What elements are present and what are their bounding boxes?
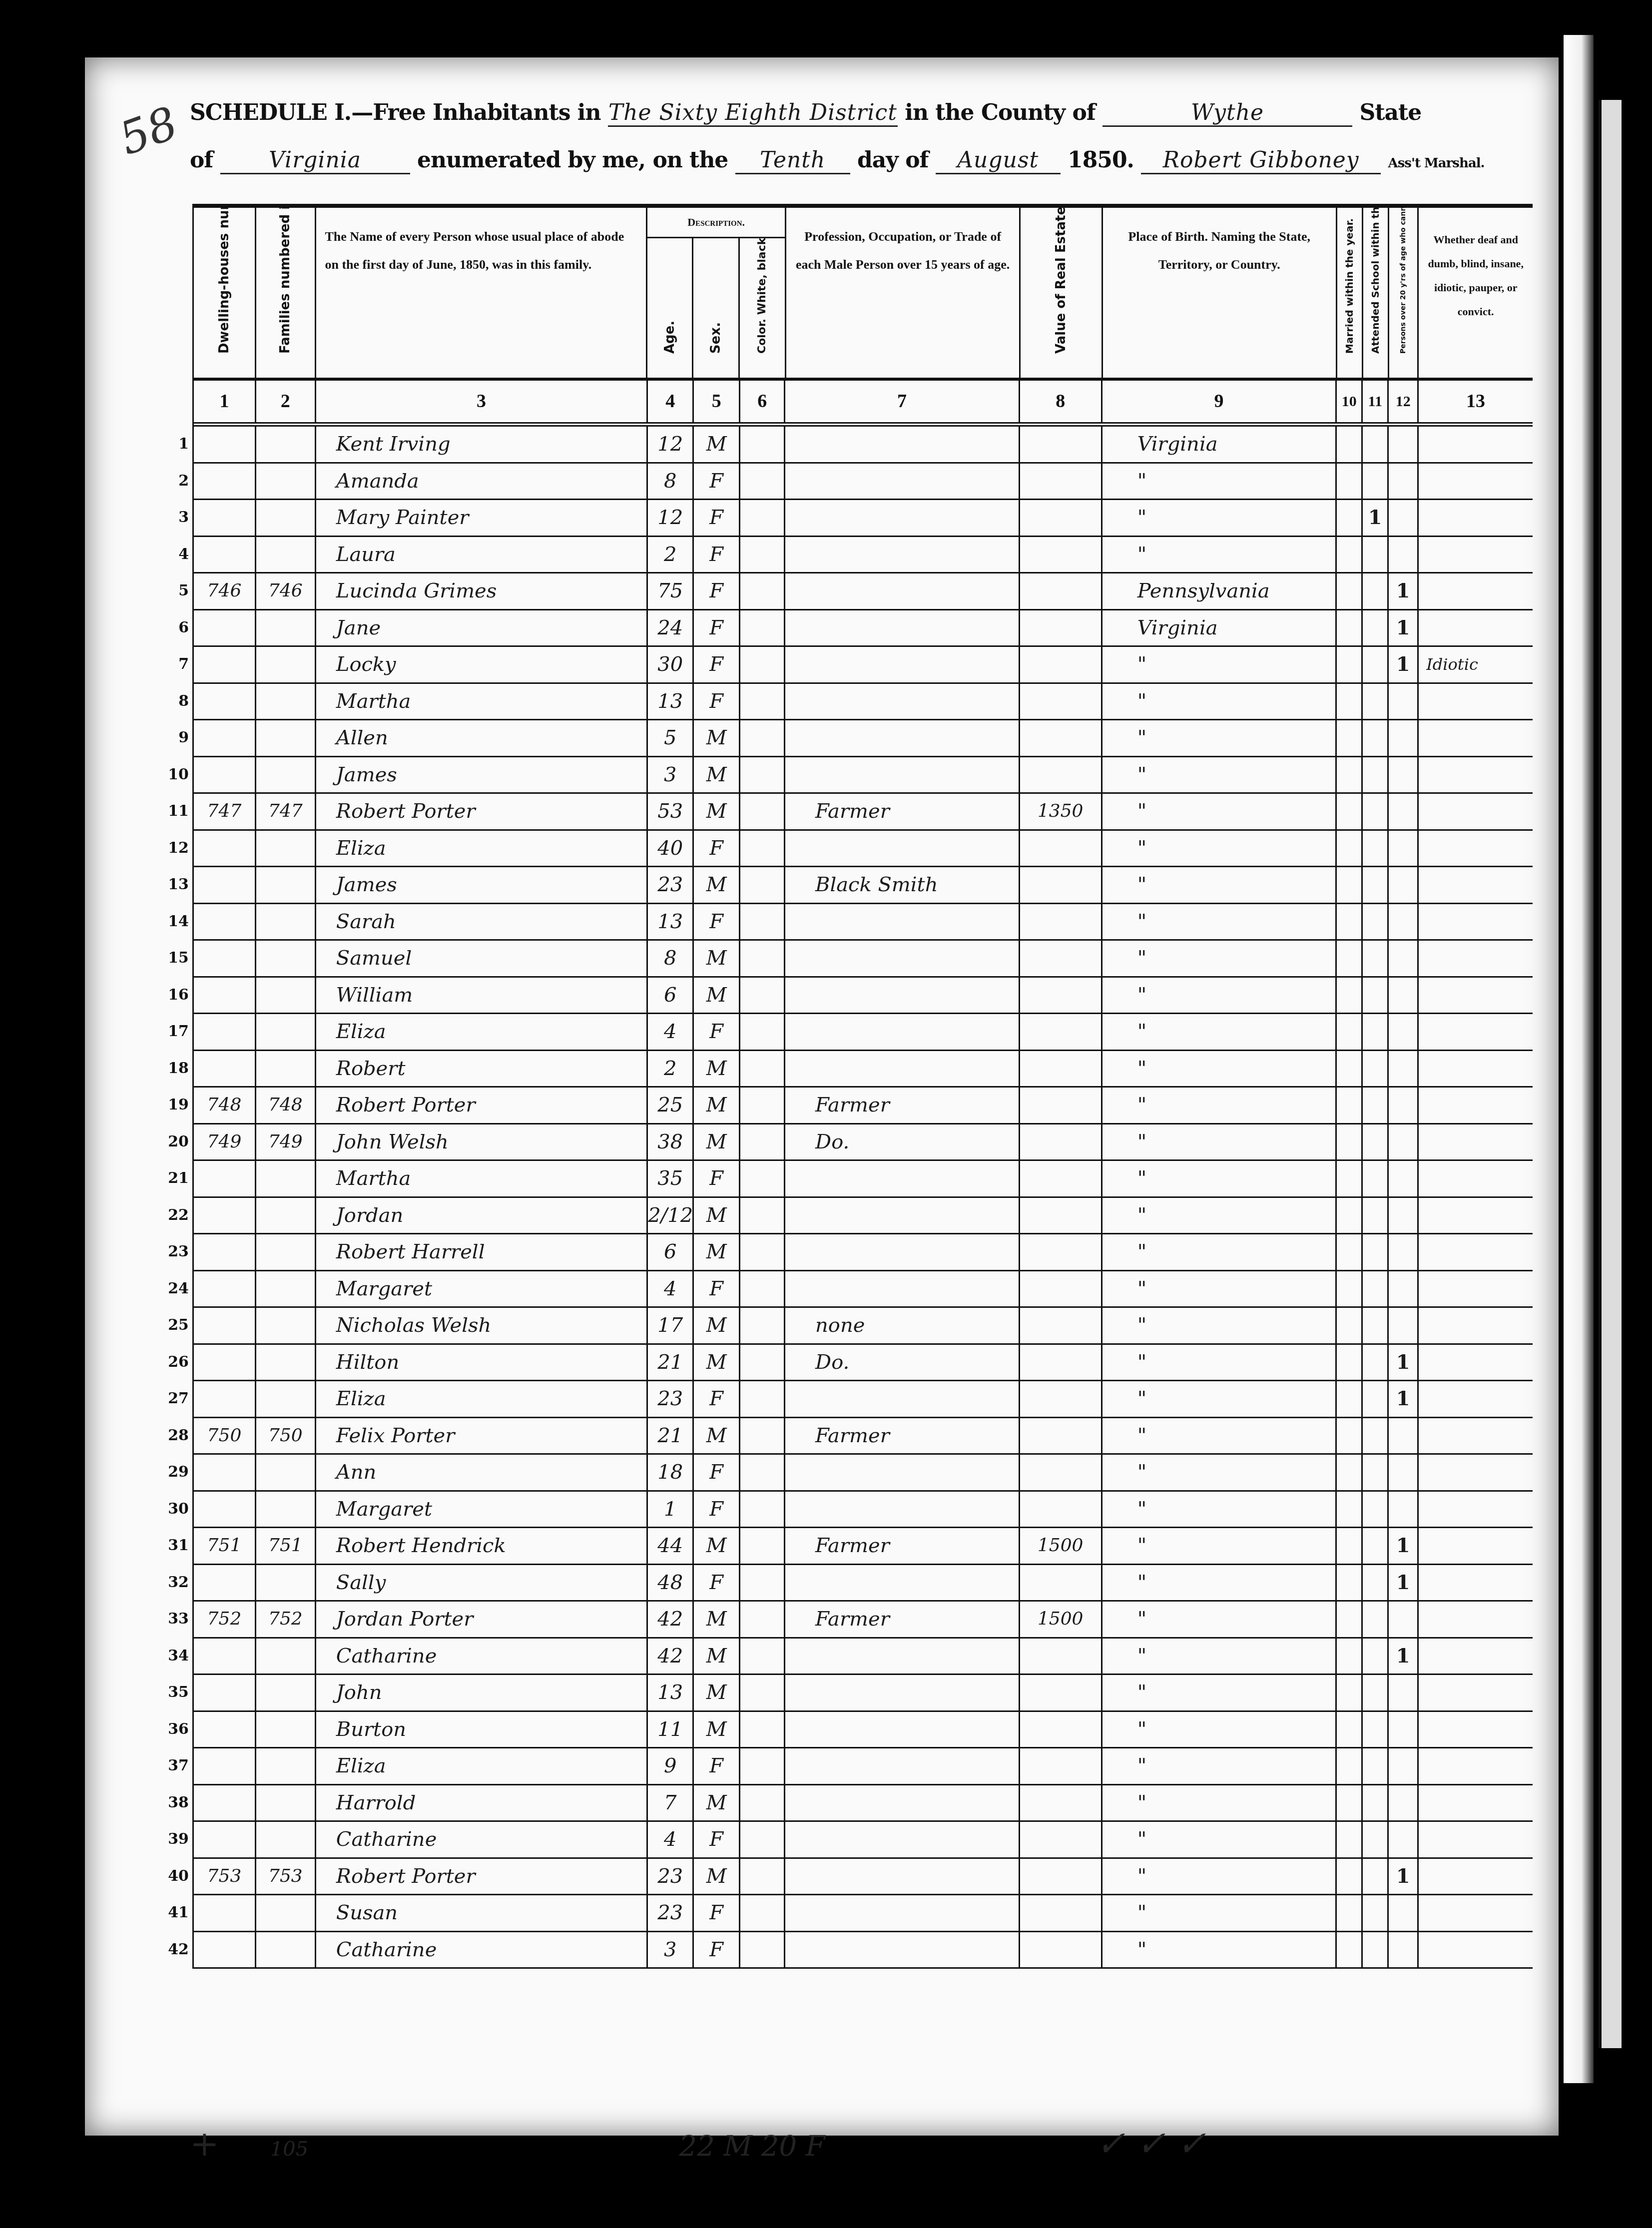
age-cell: 48 — [648, 1565, 694, 1601]
person-name-cell: Catharine — [316, 1932, 648, 1968]
married-within-year-cell — [1337, 1234, 1363, 1270]
married-within-year-cell — [1337, 1565, 1363, 1601]
condition-cell — [1419, 1712, 1533, 1747]
person-name-cell: Ann — [316, 1455, 648, 1490]
occupation-cell — [785, 1271, 1020, 1307]
family-number-cell — [256, 831, 316, 866]
line-number: 5 — [164, 573, 189, 608]
family-number-cell: 749 — [256, 1124, 316, 1160]
birthplace-cell: " — [1102, 1932, 1337, 1968]
family-number-cell — [256, 941, 316, 976]
family-number-cell: 746 — [256, 573, 316, 609]
birthplace-cell: " — [1102, 1492, 1337, 1527]
dwelling-number-cell: 751 — [194, 1528, 256, 1564]
person-name-cell: James — [316, 757, 648, 793]
attended-school-cell — [1363, 1161, 1389, 1196]
family-number-cell — [256, 1748, 316, 1784]
real-estate-value-cell — [1020, 1271, 1102, 1307]
col-num-7: 7 — [785, 381, 1020, 422]
occupation-cell — [785, 757, 1020, 793]
footer-checkmarks: ✓ ✓ ✓ — [1096, 2123, 1206, 2164]
person-name-cell: William — [316, 978, 648, 1013]
color-cell — [740, 1895, 785, 1931]
cannot-read-write-cell — [1389, 1602, 1419, 1637]
birthplace-cell: " — [1102, 647, 1337, 682]
family-number-cell — [256, 684, 316, 719]
color-cell — [740, 1859, 785, 1894]
occupation-cell: Farmer — [785, 794, 1020, 829]
condition-cell — [1419, 1124, 1533, 1160]
married-within-year-cell — [1337, 757, 1363, 793]
condition-cell — [1419, 1234, 1533, 1270]
birthplace-cell: " — [1102, 1455, 1337, 1490]
attended-school-cell — [1363, 1528, 1389, 1564]
sex-cell: M — [694, 978, 740, 1013]
sex-cell: F — [694, 904, 740, 940]
col-num-6: 6 — [740, 381, 785, 422]
cannot-read-write-cell: 1 — [1389, 1565, 1419, 1601]
color-cell — [740, 537, 785, 572]
birthplace-cell: " — [1102, 1161, 1337, 1196]
line-number: 33 — [164, 1602, 189, 1637]
sex-cell: M — [694, 867, 740, 903]
person-name-cell: Lucinda Grimes — [316, 573, 648, 609]
attended-school-cell — [1363, 757, 1389, 793]
dwelling-number-cell — [194, 1161, 256, 1196]
sex-cell: M — [694, 1639, 740, 1674]
person-name-cell: Eliza — [316, 1748, 648, 1784]
condition-cell — [1419, 1051, 1533, 1087]
married-within-year-cell — [1337, 1455, 1363, 1490]
real-estate-value-cell — [1020, 1895, 1102, 1931]
attended-school-cell — [1363, 1712, 1389, 1747]
attended-school-cell — [1363, 464, 1389, 499]
dwelling-number-cell — [194, 978, 256, 1013]
sex-cell: M — [694, 1528, 740, 1564]
attended-school-cell — [1363, 684, 1389, 719]
table-row: 33752752Jordan Porter42MFarmer1500" — [194, 1602, 1533, 1639]
married-within-year-cell — [1337, 427, 1363, 462]
age-cell: 4 — [648, 1271, 694, 1307]
birthplace-cell: " — [1102, 1859, 1337, 1894]
cannot-read-write-cell: 1 — [1389, 610, 1419, 646]
table-row: 18Robert2M" — [194, 1051, 1533, 1088]
age-cell: 8 — [648, 464, 694, 499]
dwelling-number-cell — [194, 1271, 256, 1307]
condition-cell — [1419, 1345, 1533, 1380]
line-number: 3 — [164, 500, 189, 535]
person-name-cell: Robert Hendrick — [316, 1528, 648, 1564]
table-row: 27Eliza23F"1 — [194, 1381, 1533, 1418]
cannot-read-write-cell — [1389, 867, 1419, 903]
married-within-year-cell — [1337, 941, 1363, 976]
color-cell — [740, 573, 785, 609]
person-name-cell: Susan — [316, 1895, 648, 1931]
birthplace-cell: " — [1102, 1124, 1337, 1160]
married-within-year-cell — [1337, 1014, 1363, 1050]
condition-cell — [1419, 1014, 1533, 1050]
county-field: Wythe — [1102, 100, 1352, 127]
cannot-read-write-cell — [1389, 1822, 1419, 1857]
cannot-read-write-cell — [1389, 1308, 1419, 1343]
table-row: 42Catharine3F" — [194, 1932, 1533, 1969]
family-number-cell — [256, 1051, 316, 1087]
attended-school-cell: 1 — [1363, 500, 1389, 536]
person-name-cell: Robert Harrell — [316, 1234, 648, 1270]
birthplace-cell: " — [1102, 1234, 1337, 1270]
line-number: 40 — [164, 1859, 189, 1894]
condition-cell — [1419, 573, 1533, 609]
color-cell — [740, 1932, 785, 1968]
color-cell — [740, 1712, 785, 1747]
state-label: State — [1359, 100, 1421, 125]
condition-cell — [1419, 941, 1533, 976]
condition-cell — [1419, 1088, 1533, 1123]
real-estate-value-cell — [1020, 1822, 1102, 1857]
dwelling-number-cell — [194, 1455, 256, 1490]
real-estate-value-cell — [1020, 1859, 1102, 1894]
occupation-cell: none — [785, 1308, 1020, 1343]
condition-cell — [1419, 1895, 1533, 1931]
person-name-cell: Laura — [316, 537, 648, 572]
attended-school-cell — [1363, 427, 1389, 462]
occupation-cell — [785, 1895, 1020, 1931]
occupation-cell — [785, 500, 1020, 536]
birthplace-cell: " — [1102, 1271, 1337, 1307]
real-estate-value-cell — [1020, 978, 1102, 1013]
condition-cell — [1419, 500, 1533, 536]
condition-cell — [1419, 904, 1533, 940]
header-family: Families numbered in the order of visita… — [256, 208, 316, 378]
married-within-year-cell — [1337, 610, 1363, 646]
birthplace-cell: " — [1102, 464, 1337, 499]
line-number: 13 — [164, 867, 189, 902]
cannot-read-write-cell — [1389, 1675, 1419, 1710]
age-cell: 23 — [648, 1895, 694, 1931]
married-within-year-cell — [1337, 1932, 1363, 1968]
line-number: 4 — [164, 537, 189, 572]
birthplace-cell: " — [1102, 904, 1337, 940]
col-num-13: 13 — [1419, 381, 1533, 422]
table-row: 7Locky30F"1Idiotic — [194, 647, 1533, 684]
family-number-cell — [256, 647, 316, 682]
person-name-cell: Martha — [316, 684, 648, 719]
family-number-cell — [256, 978, 316, 1013]
real-estate-value-cell — [1020, 1308, 1102, 1343]
color-cell — [740, 1492, 785, 1527]
table-row: 8Martha13F" — [194, 684, 1533, 721]
occupation-cell: Black Smith — [785, 867, 1020, 903]
table-row: 40753753Robert Porter23M"1 — [194, 1859, 1533, 1896]
real-estate-value-cell — [1020, 647, 1102, 682]
district-field: The Sixty Eighth District — [608, 100, 898, 127]
person-name-cell: Locky — [316, 647, 648, 682]
sex-cell: F — [694, 1381, 740, 1417]
married-within-year-cell — [1337, 573, 1363, 609]
sex-cell: M — [694, 941, 740, 976]
occupation-cell — [785, 1932, 1020, 1968]
family-number-cell — [256, 1565, 316, 1601]
married-within-year-cell — [1337, 1675, 1363, 1710]
married-within-year-cell — [1337, 1088, 1363, 1123]
header-dwelling: Dwelling-houses numbered in the order of… — [194, 208, 256, 378]
married-within-year-cell — [1337, 1785, 1363, 1821]
color-cell — [740, 1639, 785, 1674]
married-within-year-cell — [1337, 1492, 1363, 1527]
married-within-year-cell — [1337, 1895, 1363, 1931]
line-number: 19 — [164, 1088, 189, 1122]
sex-cell: M — [694, 1602, 740, 1637]
occupation-cell — [785, 684, 1020, 719]
condition-cell — [1419, 1675, 1533, 1710]
sex-cell: M — [694, 1308, 740, 1343]
cannot-read-write-cell — [1389, 720, 1419, 756]
age-cell: 24 — [648, 610, 694, 646]
occupation-cell — [785, 464, 1020, 499]
header-color: Color. White, black, or mulatto. — [740, 238, 785, 378]
table-row: 12Eliza40F" — [194, 831, 1533, 868]
col-num-10: 10 — [1337, 381, 1363, 422]
line-number: 27 — [164, 1381, 189, 1416]
attended-school-cell — [1363, 1822, 1389, 1857]
person-name-cell: James — [316, 867, 648, 903]
age-cell: 6 — [648, 1234, 694, 1270]
sex-cell: M — [694, 1088, 740, 1123]
occupation-cell — [785, 1198, 1020, 1233]
line-number: 29 — [164, 1455, 189, 1490]
col-num-9: 9 — [1102, 381, 1337, 422]
table-row: 13James23MBlack Smith" — [194, 867, 1533, 904]
attended-school-cell — [1363, 1198, 1389, 1233]
dwelling-number-cell — [194, 941, 256, 976]
person-name-cell: Sally — [316, 1565, 648, 1601]
family-number-cell: 753 — [256, 1859, 316, 1894]
line-number: 41 — [164, 1895, 189, 1930]
color-cell — [740, 978, 785, 1013]
birthplace-cell: " — [1102, 1198, 1337, 1233]
table-row: 3Mary Painter12F"1 — [194, 500, 1533, 537]
married-within-year-cell — [1337, 978, 1363, 1013]
cannot-read-write-cell — [1389, 1234, 1419, 1270]
line-number: 34 — [164, 1639, 189, 1673]
occupation-cell — [785, 1051, 1020, 1087]
of-label: of — [190, 147, 213, 173]
sex-cell: M — [694, 1675, 740, 1710]
cannot-read-write-cell — [1389, 684, 1419, 719]
family-number-cell — [256, 1455, 316, 1490]
condition-cell — [1419, 1492, 1533, 1527]
sex-cell: M — [694, 1051, 740, 1087]
color-cell — [740, 1528, 785, 1564]
family-number-cell — [256, 1639, 316, 1674]
line-number: 21 — [164, 1161, 189, 1196]
color-cell — [740, 757, 785, 793]
real-estate-value-cell — [1020, 1675, 1102, 1710]
attended-school-cell — [1363, 573, 1389, 609]
age-cell: 18 — [648, 1455, 694, 1490]
person-name-cell: John Welsh — [316, 1124, 648, 1160]
birthplace-cell: " — [1102, 1308, 1337, 1343]
dwelling-number-cell: 748 — [194, 1088, 256, 1123]
occupation-cell — [785, 1712, 1020, 1747]
married-within-year-cell — [1337, 1602, 1363, 1637]
attended-school-cell — [1363, 1895, 1389, 1931]
color-cell — [740, 941, 785, 976]
condition-cell — [1419, 537, 1533, 572]
age-cell: 3 — [648, 757, 694, 793]
occupation-cell — [785, 1381, 1020, 1417]
real-estate-value-cell — [1020, 831, 1102, 866]
age-cell: 17 — [648, 1308, 694, 1343]
line-number: 12 — [164, 831, 189, 866]
table-row: 39Catharine4F" — [194, 1822, 1533, 1859]
table-row: 24Margaret4F" — [194, 1271, 1533, 1308]
sex-cell: M — [694, 1124, 740, 1160]
occupation-cell: Do. — [785, 1345, 1020, 1380]
attended-school-cell — [1363, 1675, 1389, 1710]
dwelling-number-cell — [194, 1748, 256, 1784]
color-cell — [740, 831, 785, 866]
line-number: 15 — [164, 941, 189, 976]
attended-school-cell — [1363, 610, 1389, 646]
attended-school-cell — [1363, 1051, 1389, 1087]
schedule-title-line: SCHEDULE I.—Free Inhabitants in The Sixt… — [190, 100, 1421, 127]
family-number-cell: 750 — [256, 1418, 316, 1454]
married-within-year-cell — [1337, 720, 1363, 756]
person-name-cell: Robert Porter — [316, 1088, 648, 1123]
condition-cell — [1419, 464, 1533, 499]
sex-cell: F — [694, 1932, 740, 1968]
condition-cell — [1419, 1859, 1533, 1894]
table-row: 37Eliza9F" — [194, 1748, 1533, 1785]
real-estate-value-cell — [1020, 1932, 1102, 1968]
real-estate-value-cell — [1020, 1345, 1102, 1380]
family-number-cell: 747 — [256, 794, 316, 829]
color-cell — [740, 1014, 785, 1050]
table-row: 11747747Robert Porter53MFarmer1350" — [194, 794, 1533, 831]
header-condition: Whether deaf and dumb, blind, insane, id… — [1419, 208, 1533, 378]
header-age: Age. — [647, 238, 693, 378]
attended-school-cell — [1363, 904, 1389, 940]
line-number: 7 — [164, 647, 189, 682]
table-row: 5746746Lucinda Grimes75FPennsylvania1 — [194, 573, 1533, 610]
attended-school-cell — [1363, 978, 1389, 1013]
attended-school-cell — [1363, 941, 1389, 976]
occupation-cell — [785, 1675, 1020, 1710]
age-cell: 42 — [648, 1602, 694, 1637]
month-field: August — [936, 147, 1061, 174]
cannot-read-write-cell — [1389, 1418, 1419, 1454]
line-number: 20 — [164, 1124, 189, 1159]
sex-cell: F — [694, 1161, 740, 1196]
person-name-cell: Martha — [316, 1161, 648, 1196]
birthplace-cell: " — [1102, 500, 1337, 536]
condition-cell — [1419, 610, 1533, 646]
line-number: 16 — [164, 978, 189, 1013]
married-within-year-cell — [1337, 831, 1363, 866]
table-row: 6Jane24FVirginia1 — [194, 610, 1533, 647]
dwelling-number-cell — [194, 904, 256, 940]
age-cell: 8 — [648, 941, 694, 976]
condition-cell — [1419, 1785, 1533, 1821]
birthplace-cell: " — [1102, 720, 1337, 756]
occupation-cell — [785, 1748, 1020, 1784]
attended-school-cell — [1363, 1492, 1389, 1527]
condition-cell — [1419, 794, 1533, 829]
dwelling-number-cell — [194, 1712, 256, 1747]
cannot-read-write-cell — [1389, 427, 1419, 462]
footer-notes: + 105 22 M 20 F ✓ ✓ ✓ — [190, 2123, 1206, 2164]
age-cell: 42 — [648, 1639, 694, 1674]
person-name-cell: Robert Porter — [316, 794, 648, 829]
birthplace-cell: " — [1102, 757, 1337, 793]
sex-cell: F — [694, 1895, 740, 1931]
attended-school-cell — [1363, 1932, 1389, 1968]
family-number-cell — [256, 1234, 316, 1270]
real-estate-value-cell — [1020, 1124, 1102, 1160]
cannot-read-write-cell — [1389, 1161, 1419, 1196]
sex-cell: M — [694, 1345, 740, 1380]
state-field: Virginia — [220, 147, 410, 174]
birthplace-cell: " — [1102, 867, 1337, 903]
birthplace-cell: " — [1102, 1418, 1337, 1454]
condition-cell — [1419, 757, 1533, 793]
attended-school-cell — [1363, 1381, 1389, 1417]
table-row: 35John13M" — [194, 1675, 1533, 1712]
person-name-cell: Nicholas Welsh — [316, 1308, 648, 1343]
table-row: 17Eliza4F" — [194, 1014, 1533, 1051]
attended-school-cell — [1363, 1565, 1389, 1601]
real-estate-value-cell — [1020, 1712, 1102, 1747]
table-row: 21Martha35F" — [194, 1161, 1533, 1198]
person-name-cell: Robert Porter — [316, 1859, 648, 1894]
color-cell — [740, 1271, 785, 1307]
birthplace-cell: " — [1102, 1675, 1337, 1710]
age-cell: 44 — [648, 1528, 694, 1564]
table-row: 1Kent Irving12MVirginia — [194, 427, 1533, 464]
cannot-read-write-cell — [1389, 1271, 1419, 1307]
color-cell — [740, 1822, 785, 1857]
married-within-year-cell — [1337, 867, 1363, 903]
line-number: 24 — [164, 1271, 189, 1306]
person-name-cell: Burton — [316, 1712, 648, 1747]
attended-school-cell — [1363, 1088, 1389, 1123]
condition-cell — [1419, 867, 1533, 903]
col-num-1: 1 — [194, 381, 256, 422]
dwelling-number-cell — [194, 1381, 256, 1417]
age-cell: 40 — [648, 831, 694, 866]
attended-school-cell — [1363, 867, 1389, 903]
age-cell: 35 — [648, 1161, 694, 1196]
married-within-year-cell — [1337, 1381, 1363, 1417]
scan-shadow — [0, 2163, 1652, 2228]
table-row: 15Samuel8M" — [194, 941, 1533, 978]
table-row: 20749749John Welsh38MDo." — [194, 1124, 1533, 1161]
enumeration-line: of Virginia enumerated by me, on the Ten… — [190, 147, 1485, 174]
married-within-year-cell — [1337, 1345, 1363, 1380]
dwelling-number-cell — [194, 464, 256, 499]
condition-cell — [1419, 1418, 1533, 1454]
occupation-cell: Do. — [785, 1124, 1020, 1160]
birthplace-cell: " — [1102, 1088, 1337, 1123]
occupation-cell — [785, 427, 1020, 462]
attended-school-cell — [1363, 1785, 1389, 1821]
sex-cell: M — [694, 1785, 740, 1821]
attended-school-cell — [1363, 794, 1389, 829]
table-row: 23Robert Harrell6M" — [194, 1234, 1533, 1271]
person-name-cell: Margaret — [316, 1271, 648, 1307]
person-name-cell: Margaret — [316, 1492, 648, 1527]
